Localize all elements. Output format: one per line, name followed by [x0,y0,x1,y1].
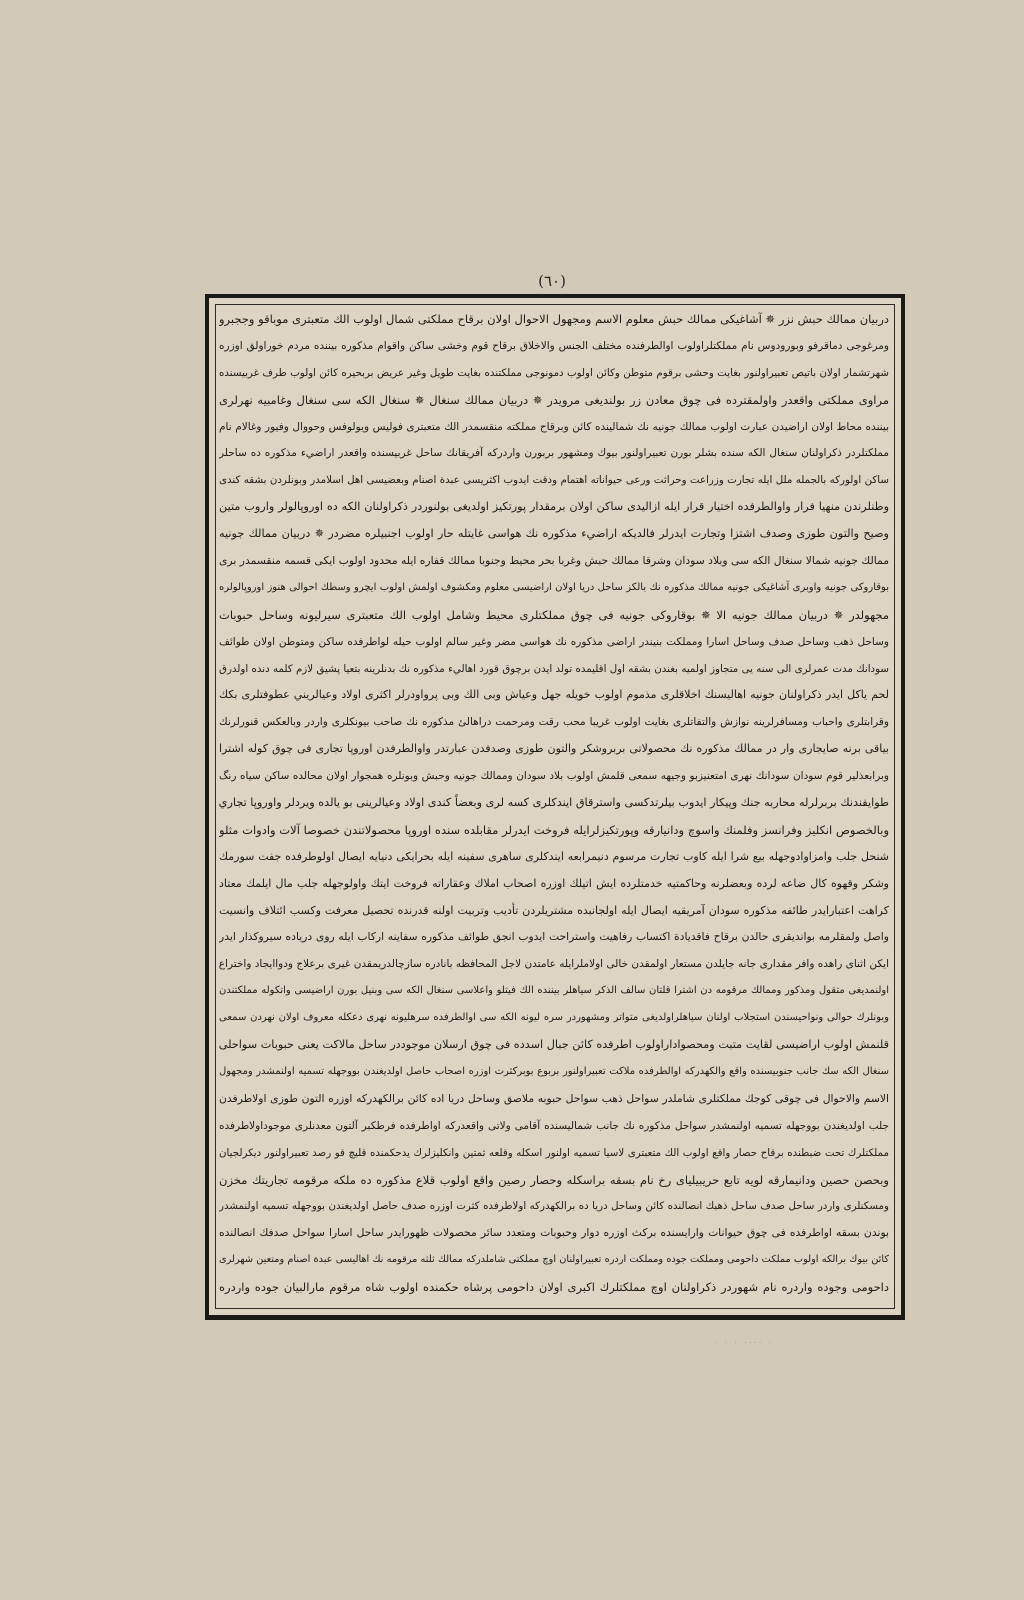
page-number: (٦٠) [522,272,582,290]
text-line: وبالخصوص انكليز وفرانسز وفلمنك واسوچ ودا… [219,817,889,844]
text-line: شنحل جلب وامزاوادوجهله بيع شرا ايله كاوب… [219,844,889,871]
text-line: وبونلرك حوالى ونواحيسندن استجلاب اولنان … [219,1005,889,1032]
text-line: دربيان ممالك حبش نزر ✵ آشاغيكى ممالك حبش… [219,306,889,333]
text-line: وساحل ذهب وساحل صدف وساحل اسارا ومملكت ب… [219,629,889,656]
text-line: وقرابتلرى واحباب ومسافرلرينه نوازش والتف… [219,709,889,736]
text-line: شهرتشمار اولان باتيص تعبيراولنور بغايت و… [219,360,889,387]
text-line: ساكن اولوركه بالجمله ملل ايله تجارت وزرا… [219,467,889,494]
text-line: وطنلرندن منهيا فرار واوالطرفده اختيار قر… [219,494,889,521]
text-line: جلب اولديغندن بووجهله تسميه اولنمشدر سوا… [219,1113,889,1140]
text-line: وشكر وقهوه كال ضاعه لرده وبعضلرنه وحاكمت… [219,871,889,898]
text-line: ومسكنلرى واردر ساحل صدف ساحل ذهبك انصالن… [219,1193,889,1220]
text-line: لحم ياكل ايدر ذكراولنان جونيه اهاليسنك ا… [219,682,889,709]
text-line: سنغال الكه سك جانب جنوبيسنده واقع والكهد… [219,1059,889,1086]
text-line: بوقاروكى جونيه واوبرى آشاغيكى جونيه ممال… [219,575,889,602]
text-line: واصل ولمقلرمه بوانديقرى حالدن برقاح فاقد… [219,924,889,951]
text-line: اولنمديغى متقول ومذكور وممالك مرقومه دن … [219,978,889,1005]
text-line: مملكتلردر ذكراولنان سنغال الكه سنده بشلر… [219,440,889,467]
text-line: الاسم والاحوال فى چوقى كوجك مملكتلرى شام… [219,1086,889,1113]
page-frame-outer-border: دربيان ممالك حبش نزر ✵ آشاغيكى ممالك حبش… [205,294,905,1320]
text-line: ومرغوجى دماقرفو وبورودوس نام مملكتلراولو… [219,333,889,360]
text-line: بياقى برنه صايجارى وار در ممالك مذكوره ن… [219,736,889,763]
text-line: قلنمش اولوب اراضيسى لقايت متبت ومحصوادار… [219,1032,889,1059]
body-text: دربيان ممالك حبش نزر ✵ آشاغيكى ممالك حبش… [219,306,889,1307]
text-line: سودانك مدت عمرلرى الى سنه يى متجاوز اولم… [219,656,889,683]
text-line: بيننده محاط اولان اراضيدن عبارت اولوب مم… [219,414,889,441]
text-line: بوندن بسقه اواطرفده فى چوق حيوانات واراي… [219,1220,889,1247]
bottom-printer-mark: · · · ···· · [715,1340,774,1347]
text-line: ايكن اثناى راهده وافر مقدارى جانه جايلدن… [219,951,889,978]
text-line: طوايفندنك بربرلرله محاربه جنك وپيكار ايد… [219,790,889,817]
text-line: مجهولدر ✵ دربيان ممالك جونيه الا ✵ بوقار… [219,602,889,629]
text-line: داحومى وجوده واردره نام شهوردر ذكراولنان… [219,1274,889,1301]
text-line: كراهت اعتبارايدر طائفه مذكوره سودان آمري… [219,898,889,925]
text-line: مراوى مملكتى واقعدر واولمقترده فى چوق مع… [219,387,889,414]
text-line: مملكتلرك تحت ضبطنده برقاح حصار واقع اولو… [219,1140,889,1167]
text-line: كائن بيوك برالكه اولوب مملكت داحومى وممل… [219,1247,889,1274]
text-line: ممالك جونيه شمالا سنغال الكه سى وبلاد سو… [219,548,889,575]
text-line: وصيح والتون طوزى وصدف اشتزا وتجارت ايدرل… [219,521,889,548]
text-line: وبحصن حصين ودانيمارقه لويه تابع حريبيليا… [219,1167,889,1194]
text-line: وبرابعذلير قوم سودان سودانك نهرى امتعنيز… [219,763,889,790]
